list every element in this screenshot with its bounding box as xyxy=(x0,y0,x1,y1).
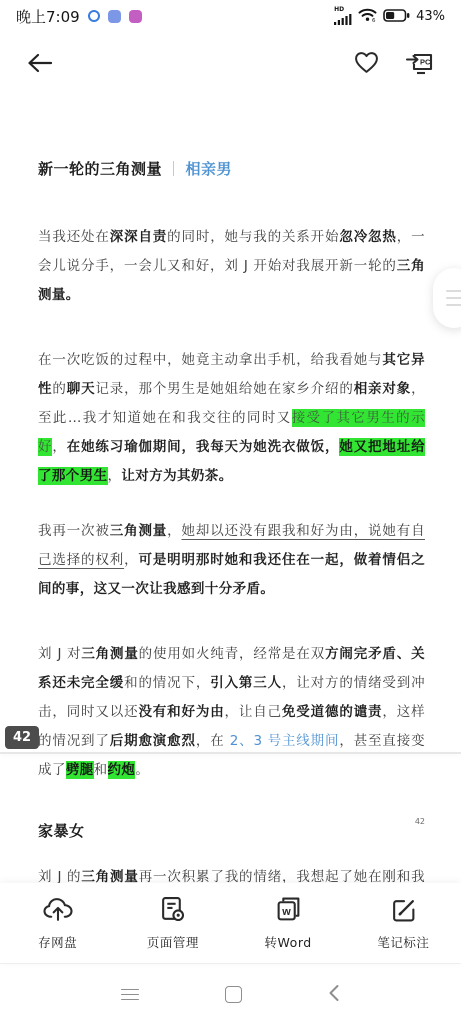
home-icon xyxy=(225,986,242,1003)
page-manage-icon xyxy=(159,896,186,926)
system-nav-bar xyxy=(0,963,461,1024)
app-notification-icon-purple xyxy=(129,10,142,23)
status-bar: 晚上7:09 HD 6 xyxy=(0,0,461,32)
tool-label: 笔记标注 xyxy=(377,933,429,951)
page-divider xyxy=(0,752,461,754)
page-manage-button[interactable]: 页面管理 xyxy=(115,883,230,963)
cloud-upload-icon xyxy=(42,896,74,926)
send-to-pc-button[interactable]: PC xyxy=(405,50,435,79)
send-to-pc-icon: PC xyxy=(405,50,435,79)
app-nav-bar: PC xyxy=(0,32,461,96)
heart-icon xyxy=(354,51,379,77)
page-indicator-badge[interactable]: 42 xyxy=(5,726,39,749)
notification-dot-icon xyxy=(88,10,100,22)
edit-note-icon xyxy=(390,896,417,926)
tool-label: 存网盘 xyxy=(38,933,77,951)
clock: 晚上7:09 xyxy=(16,6,80,27)
tool-label: 转Word xyxy=(265,933,312,951)
back-arrow-icon xyxy=(26,51,54,78)
back-button[interactable] xyxy=(26,51,54,78)
paragraph: 当我还处在深深自责的同时，她与我的关系开始忽冷忽热，一会儿说分手，一会儿又和好，… xyxy=(38,223,425,310)
document-page-1: 新一轮的三角测量｜相亲男 当我还处在深深自责的同时，她与我的关系开始忽冷忽热，一… xyxy=(0,96,461,826)
battery-icon xyxy=(383,7,410,26)
svg-text:6: 6 xyxy=(372,18,376,22)
article-title-tag: 相亲男 xyxy=(186,160,233,178)
menu-icon xyxy=(121,989,139,1001)
save-to-cloud-button[interactable]: 存网盘 xyxy=(0,883,115,963)
grip-lines-icon xyxy=(446,290,461,306)
note-annotate-button[interactable]: 笔记标注 xyxy=(346,883,461,963)
paragraph: 在一次吃饭的过程中，她竟主动拿出手机，给我看她与其它异性的聊天记录，那个男生是她… xyxy=(38,346,425,491)
convert-to-word-button[interactable]: w 转Word xyxy=(231,883,346,963)
article-title-main: 新一轮的三角测量 xyxy=(38,160,162,178)
home-button[interactable] xyxy=(219,980,248,1009)
status-bar-left: 晚上7:09 xyxy=(16,6,142,27)
svg-text:w: w xyxy=(281,906,291,918)
word-doc-icon: w xyxy=(275,896,302,926)
svg-text:PC: PC xyxy=(420,57,431,66)
paragraph: 我再一次被三角测量，她却以还没有跟我和好为由，说她有自己选择的权利，可是明明那时… xyxy=(38,517,425,604)
section-heading: 家暴女 xyxy=(38,820,425,841)
system-back-button[interactable] xyxy=(322,978,346,1011)
cellular-signal-icon: HD xyxy=(334,7,352,25)
status-bar-right: HD 6 43% xyxy=(334,7,445,26)
favorite-button[interactable] xyxy=(354,51,379,77)
battery-percent: 43% xyxy=(416,9,445,24)
wifi-icon: 6 xyxy=(358,7,377,26)
app-notification-icon-blue xyxy=(108,10,121,23)
bottom-toolbar: 存网盘 页面管理 w 转Word xyxy=(0,883,461,963)
paragraph: 刘 J 对三角测量的使用如火纯青，经常是在双方闹完矛盾、关系还未完全缓和的情况下… xyxy=(38,640,425,785)
recent-apps-button[interactable] xyxy=(115,983,145,1007)
tool-label: 页面管理 xyxy=(147,933,199,951)
title-separator: ｜ xyxy=(162,160,186,178)
chevron-left-icon xyxy=(328,984,340,1005)
floating-menu-handle[interactable] xyxy=(433,268,461,328)
article-title: 新一轮的三角测量｜相亲男 xyxy=(38,158,423,179)
